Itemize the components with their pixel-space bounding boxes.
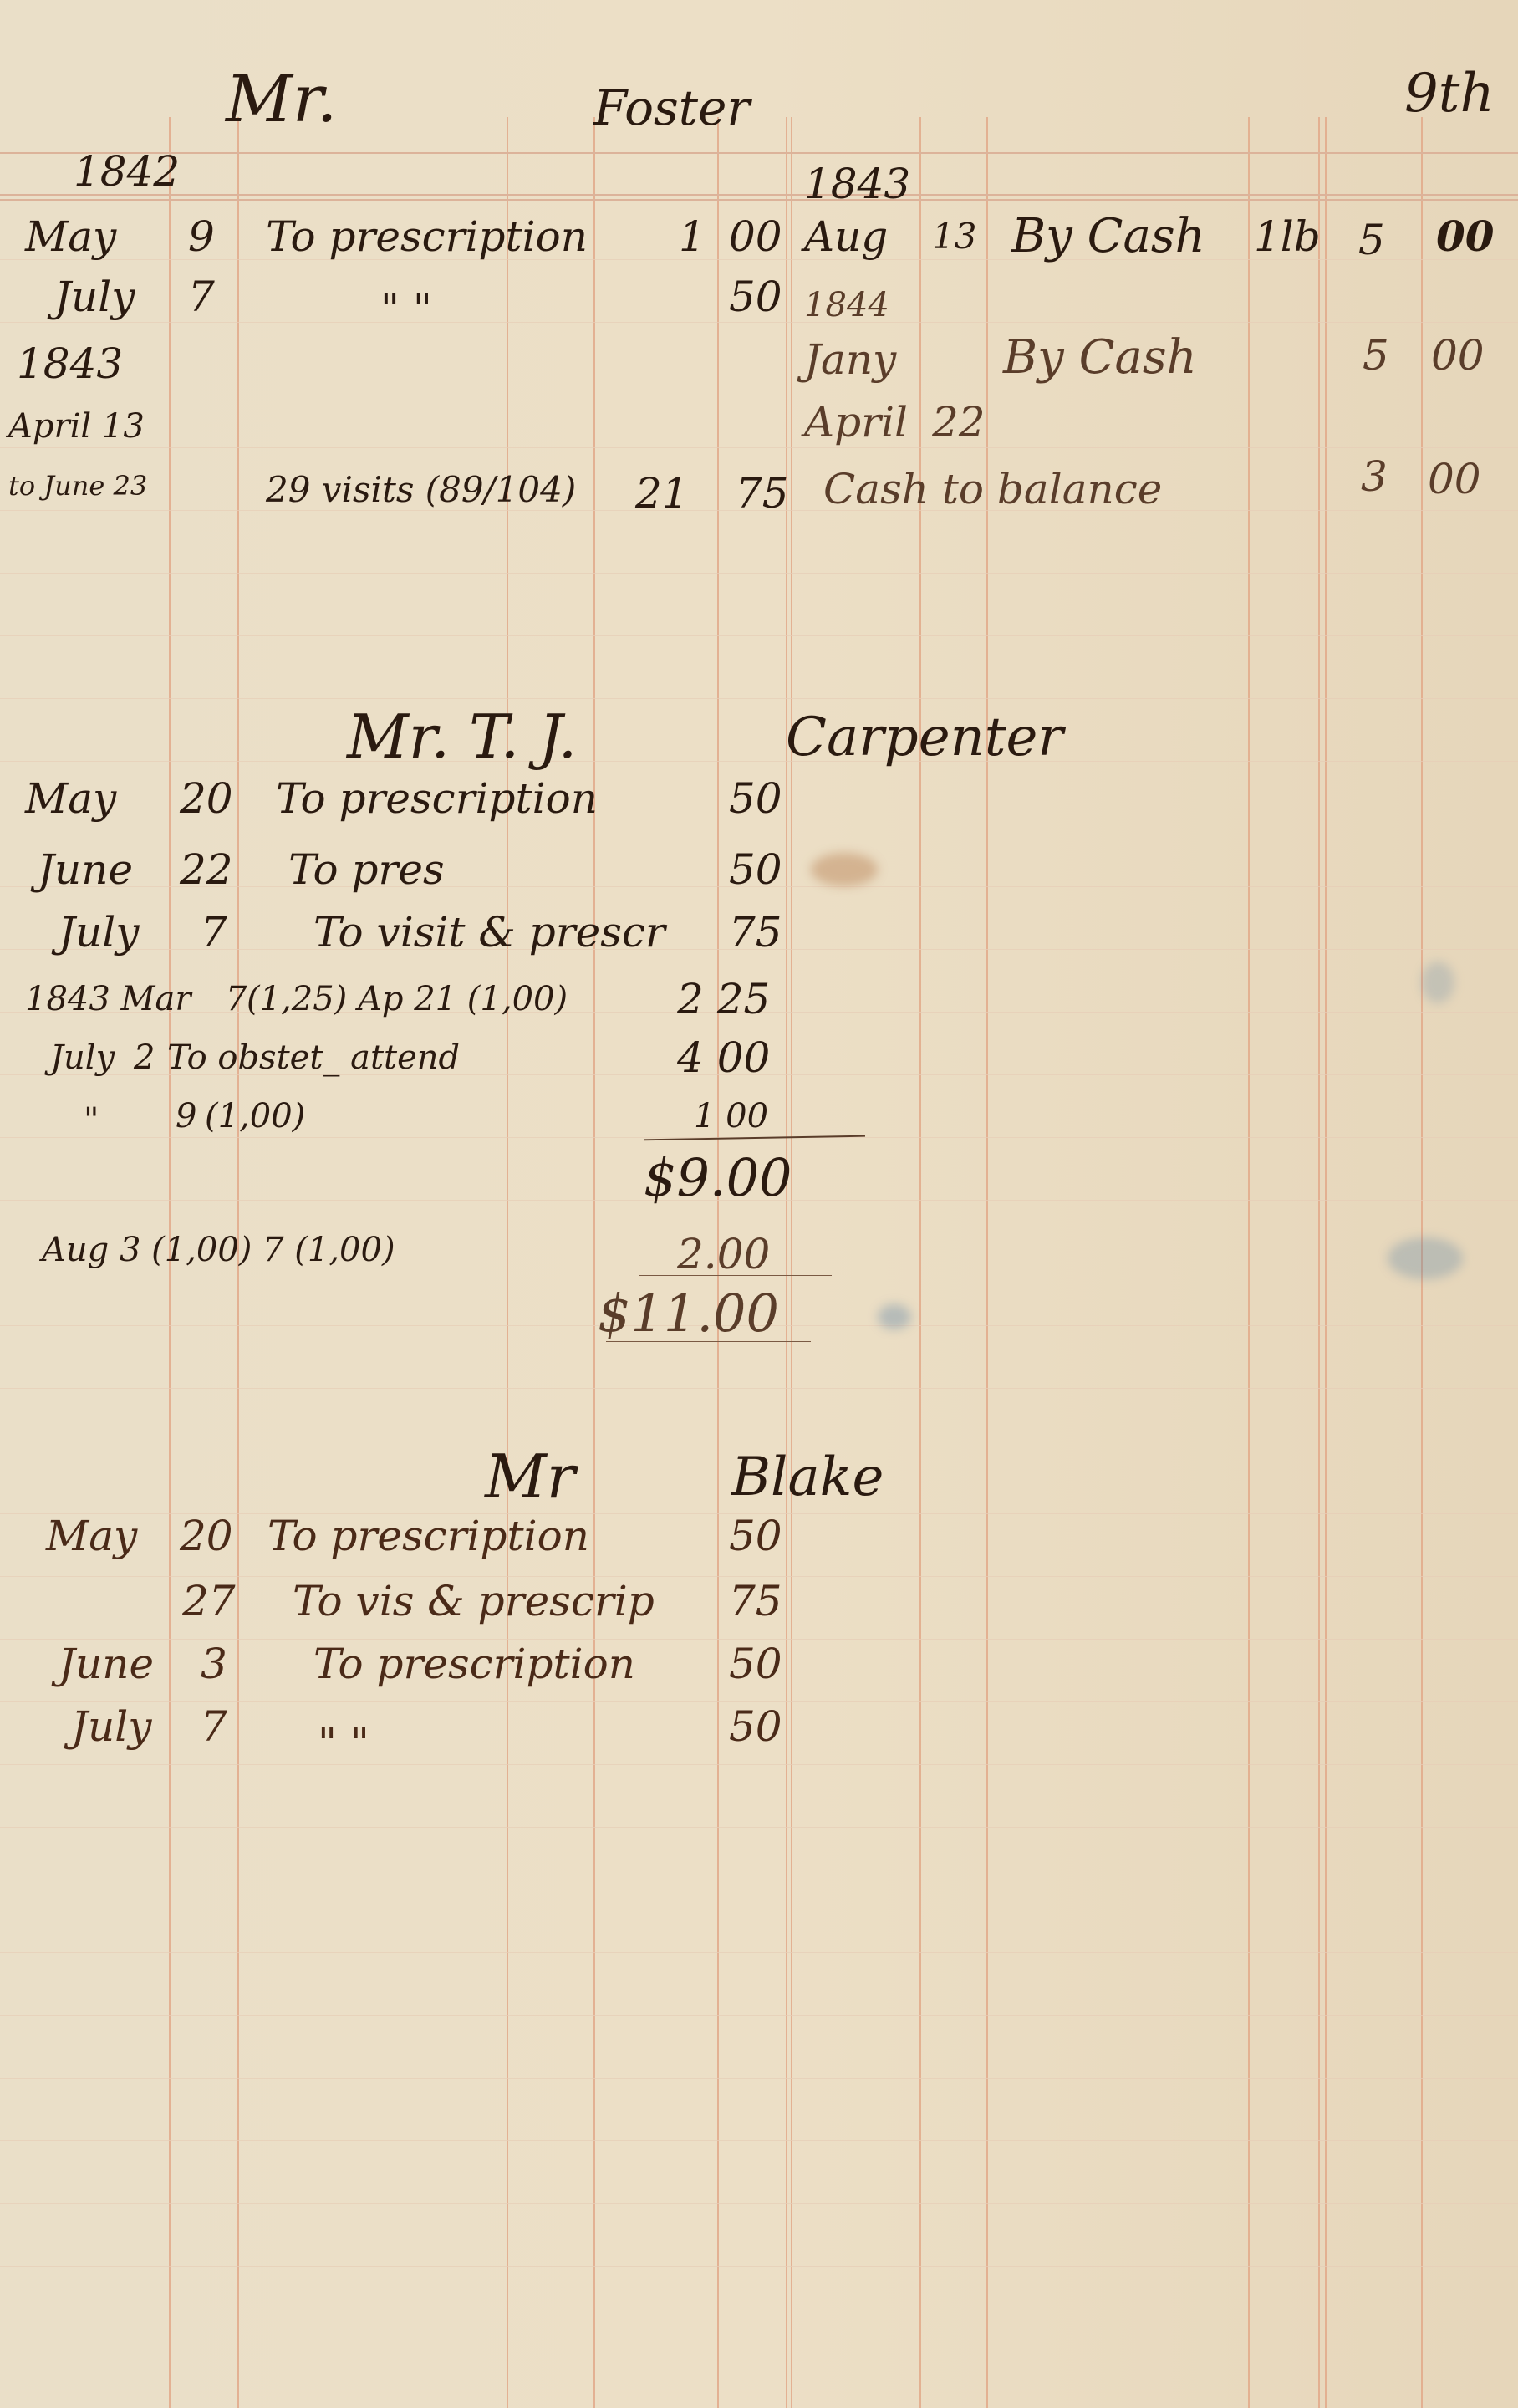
debit-amount: 4 00 [677, 1037, 770, 1079]
ledger-page: 9th Mr. Foster 1842 1843 May 9 To prescr… [0, 0, 1518, 2408]
debit-day: 22 [180, 849, 233, 890]
debit-description: To obstet_ attend [167, 1041, 460, 1074]
credit-month: Jany [804, 339, 896, 380]
header-rule [0, 194, 1518, 196]
debit-description: To pres [288, 849, 445, 890]
additional-amount: 2.00 [677, 1233, 770, 1275]
debit-month: June [38, 849, 133, 890]
credit-year: 1843 [804, 163, 910, 205]
row-rule [0, 2203, 1518, 2204]
debit-month: to June 23 [8, 472, 147, 499]
debit-month: " [84, 1104, 99, 1137]
row-rule [0, 2015, 1518, 2016]
debit-year: 1842 [74, 150, 180, 192]
debit-day: 7 [226, 982, 247, 1016]
credit-cents: 00 [1436, 216, 1495, 258]
debit-description: 29 visits (89/104) [266, 472, 576, 508]
credit-dollars: 3 [1361, 456, 1388, 497]
debit-description: To prescription [276, 778, 598, 819]
total-underline [606, 1341, 811, 1342]
row-rule [0, 573, 1518, 574]
account-title-prefix: Mr. [226, 67, 337, 132]
debit-cents: 00 [729, 216, 782, 258]
debit-dollars: 21 [635, 472, 689, 514]
subtotal-rule [644, 1135, 865, 1141]
debit-day: 7 [201, 911, 227, 953]
debit-month: 1843 Mar [25, 982, 191, 1016]
subtotal-amount: $9.00 [644, 1152, 792, 1204]
account-title-name: Blake [731, 1451, 884, 1504]
debit-description: " " [380, 288, 432, 330]
debit-amount: 50 [729, 1643, 782, 1685]
debit-day: 20 [180, 1515, 233, 1557]
debit-day: 9 [176, 1099, 196, 1133]
debit-month: April 13 [8, 410, 145, 443]
page-number: 9th [1404, 67, 1495, 120]
header-rule [0, 199, 1518, 201]
debit-day: 27 [182, 1580, 236, 1622]
debit-description: To vis & prescrip [293, 1580, 655, 1622]
debit-cents: 75 [736, 472, 789, 514]
debit-month: June [59, 1643, 154, 1685]
credit-day: 22 [932, 401, 986, 443]
row-rule [0, 2078, 1518, 2079]
row-rule [0, 824, 1518, 824]
ink-stain [1388, 1237, 1463, 1279]
ink-stain [878, 1304, 911, 1329]
debit-amount: 50 [729, 849, 782, 890]
debit-month: May [25, 778, 116, 819]
credit-dollars: 5 [1363, 334, 1389, 376]
row-rule [0, 1952, 1518, 1953]
debit-description: To prescription [266, 216, 588, 258]
debit-month: July [59, 911, 139, 953]
credit-month: April [804, 401, 908, 443]
row-rule [0, 447, 1518, 448]
debit-month: July [54, 276, 135, 318]
debit-day: 3 [201, 1643, 227, 1685]
account-title-name: Foster [593, 84, 750, 132]
debit-year-mark: 1843 [17, 343, 123, 385]
debit-description: (1,25) Ap 21 (1,00) [247, 982, 568, 1016]
credit-year-mark: 1844 [804, 288, 889, 322]
debit-description: To visit & prescr [313, 911, 665, 953]
debit-amount: 75 [729, 911, 782, 953]
debit-month: July [71, 1706, 151, 1747]
debit-amount: 50 [729, 778, 782, 819]
row-rule [0, 1827, 1518, 1828]
row-rule [0, 635, 1518, 636]
credit-dollars: 5 [1358, 219, 1385, 261]
debit-description: " " [318, 1722, 369, 1764]
row-rule [0, 385, 1518, 385]
row-rule [0, 761, 1518, 762]
credit-month: Aug [804, 216, 888, 258]
debit-amount: 50 [729, 1515, 782, 1557]
row-rule [0, 1890, 1518, 1890]
row-rule [0, 2329, 1518, 2329]
credit-day: 13 [932, 219, 976, 254]
row-rule [0, 698, 1518, 699]
ink-stain [811, 853, 878, 886]
debit-day: 7 [201, 1706, 227, 1747]
total-amount: $11.00 [598, 1288, 779, 1339]
row-rule [0, 2266, 1518, 2267]
row-rule [0, 322, 1518, 323]
debit-description: To prescription [267, 1515, 589, 1557]
debit-description: To prescription [313, 1643, 635, 1685]
additional-description: Aug 3 (1,00) 7 (1,00) [42, 1233, 395, 1267]
debit-day: 2 [134, 1041, 155, 1074]
debit-day: 7 [188, 276, 215, 318]
debit-amount: 1 00 [694, 1099, 768, 1133]
account-title-prefix: Mr. T. J. [347, 707, 577, 767]
debit-dollars: 1 [679, 216, 706, 258]
credit-description: By Cash [1003, 334, 1197, 381]
debit-month: May [46, 1515, 137, 1557]
credit-description: By Cash [1011, 213, 1205, 260]
total-rule [639, 1275, 832, 1276]
debit-description: (1,00) [205, 1099, 305, 1133]
account-title-name: Carpenter [786, 711, 1063, 764]
debit-amount: 50 [729, 1706, 782, 1747]
debit-cents: 50 [729, 276, 782, 318]
debit-amount: 75 [729, 1580, 782, 1622]
row-rule [0, 1388, 1518, 1389]
debit-amount: 2 25 [677, 978, 770, 1020]
credit-description: Cash to balance [823, 468, 1162, 510]
debit-month: May [25, 216, 116, 258]
row-rule [0, 2140, 1518, 2141]
row-rule [0, 1764, 1518, 1765]
ink-stain [1421, 962, 1454, 1003]
credit-cents: 00 [1428, 458, 1481, 500]
credit-cents: 00 [1431, 334, 1485, 376]
header-rule [0, 152, 1518, 154]
account-title-prefix: Mr [485, 1446, 575, 1507]
debit-month: July [50, 1041, 115, 1074]
debit-day: 9 [188, 216, 215, 258]
debit-day: 20 [180, 778, 233, 819]
credit-folio: 1lb [1254, 216, 1321, 258]
